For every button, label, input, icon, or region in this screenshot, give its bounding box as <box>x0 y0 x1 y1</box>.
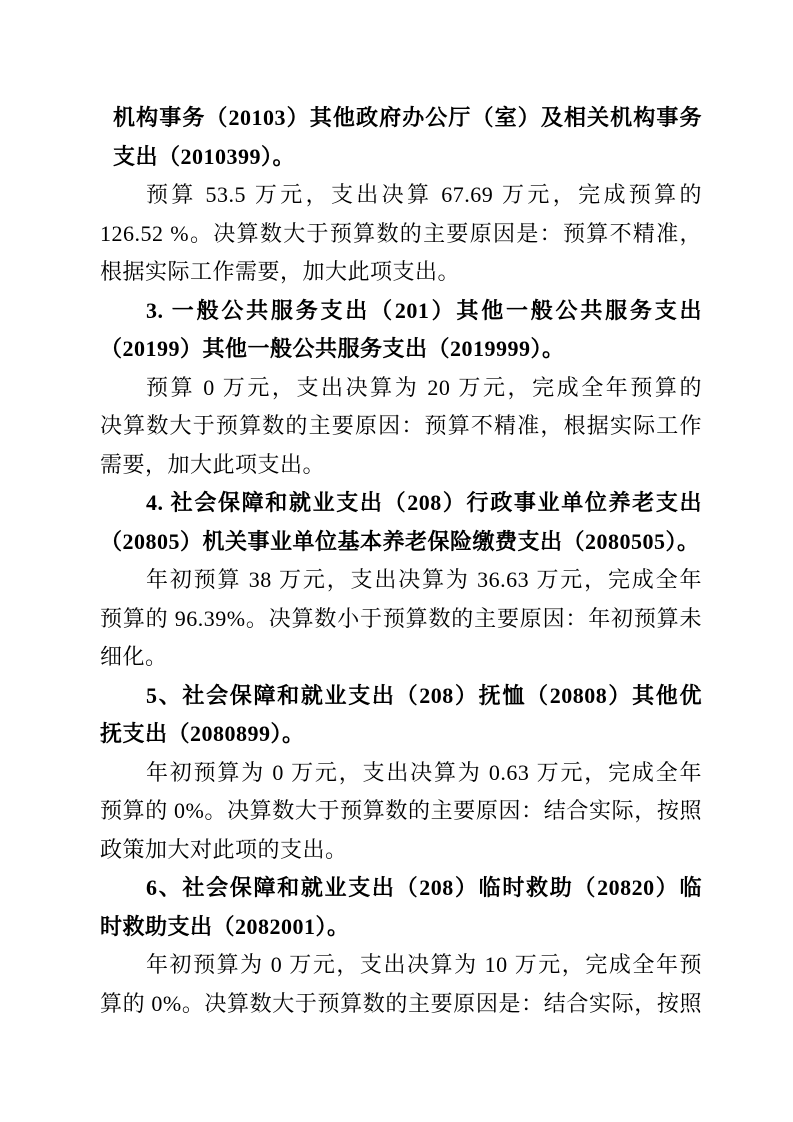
doc-line: 预算 0 万元，支出决算为 20 万元，完成全年预算的 0%。 <box>100 369 702 408</box>
document-page: { "page": { "background": "#ffffff", "te… <box>0 0 793 1122</box>
doc-line: 4. 社会保障和就业支出（208）行政事业单位养老支出 <box>100 484 702 523</box>
doc-line: 预算的 96.39%。决算数小于预算数的主要原因：年初预算未 <box>100 600 702 639</box>
para-item5-detail: 年初预算为 0 万元，支出决算为 0.63 万元，完成全年 预算的 0%。决算数… <box>100 754 702 870</box>
doc-line: 预算 53.5 万元，支出决算 67.69 万元，完成预算的 <box>100 176 702 215</box>
doc-line: 时救助支出（2082001）。 <box>100 908 702 947</box>
doc-line: （20199）其他一般公共服务支出（2019999）。 <box>100 330 702 369</box>
doc-line: 年初预算为 0 万元，支出决算为 0.63 万元，完成全年 <box>100 754 702 793</box>
para-item4-detail: 年初预算 38 万元，支出决算为 36.63 万元，完成全年 预算的 96.39… <box>100 561 702 677</box>
para-item5-heading: 5、社会保障和就业支出（208）抚恤（20808）其他优 抚支出（2080899… <box>100 677 702 754</box>
para-item4-heading: 4. 社会保障和就业支出（208）行政事业单位养老支出 （20805）机关事业单… <box>100 484 702 561</box>
doc-line: 决算数大于预算数的主要原因：预算不精准，根据实际工作 <box>100 407 702 446</box>
text-block: 机构事务（20103）其他政府办公厅（室）及相关机构事务 支出（2010399）… <box>100 99 702 1023</box>
doc-line: 机构事务（20103）其他政府办公厅（室）及相关机构事务 <box>100 99 702 138</box>
doc-line: （20805）机关事业单位基本养老保险缴费支出（2080505）。 <box>100 523 702 562</box>
doc-line: 政策加大对此项的支出。 <box>100 831 702 870</box>
doc-line: 5、社会保障和就业支出（208）抚恤（20808）其他优 <box>100 677 702 716</box>
para-item6-detail: 年初预算为 0 万元，支出决算为 10 万元，完成全年预 算的 0%。决算数大于… <box>100 946 702 1023</box>
doc-line: 年初预算 38 万元，支出决算为 36.63 万元，完成全年 <box>100 561 702 600</box>
para-item3-detail: 预算 0 万元，支出决算为 20 万元，完成全年预算的 0%。 决算数大于预算数… <box>100 369 702 485</box>
doc-line: 6、社会保障和就业支出（208）临时救助（20820）临 <box>100 869 702 908</box>
doc-line: 根据实际工作需要，加大此项支出。 <box>100 253 702 292</box>
doc-line: 抚支出（2080899）。 <box>100 715 702 754</box>
doc-line: 算的 0%。决算数大于预算数的主要原因是：结合实际，按照 <box>100 985 702 1024</box>
para-item3-heading: 3. 一般公共服务支出（201）其他一般公共服务支出 （20199）其他一般公共… <box>100 292 702 369</box>
para-item6-heading: 6、社会保障和就业支出（208）临时救助（20820）临 时救助支出（20820… <box>100 869 702 946</box>
doc-line: 3. 一般公共服务支出（201）其他一般公共服务支出 <box>100 292 702 331</box>
doc-line: 预算的 0%。决算数大于预算数的主要原因：结合实际，按照 <box>100 792 702 831</box>
doc-line: 细化。 <box>100 638 702 677</box>
doc-line: 年初预算为 0 万元，支出决算为 10 万元，完成全年预 <box>100 946 702 985</box>
para-item2-detail: 预算 53.5 万元，支出决算 67.69 万元，完成预算的 126.52 %。… <box>100 176 702 292</box>
doc-line: 支出（2010399）。 <box>100 138 702 177</box>
para-item2-heading-continuation: 机构事务（20103）其他政府办公厅（室）及相关机构事务 支出（2010399）… <box>100 99 702 176</box>
doc-line: 需要，加大此项支出。 <box>100 446 702 485</box>
doc-line: 126.52 %。决算数大于预算数的主要原因是：预算不精准， <box>100 215 702 254</box>
